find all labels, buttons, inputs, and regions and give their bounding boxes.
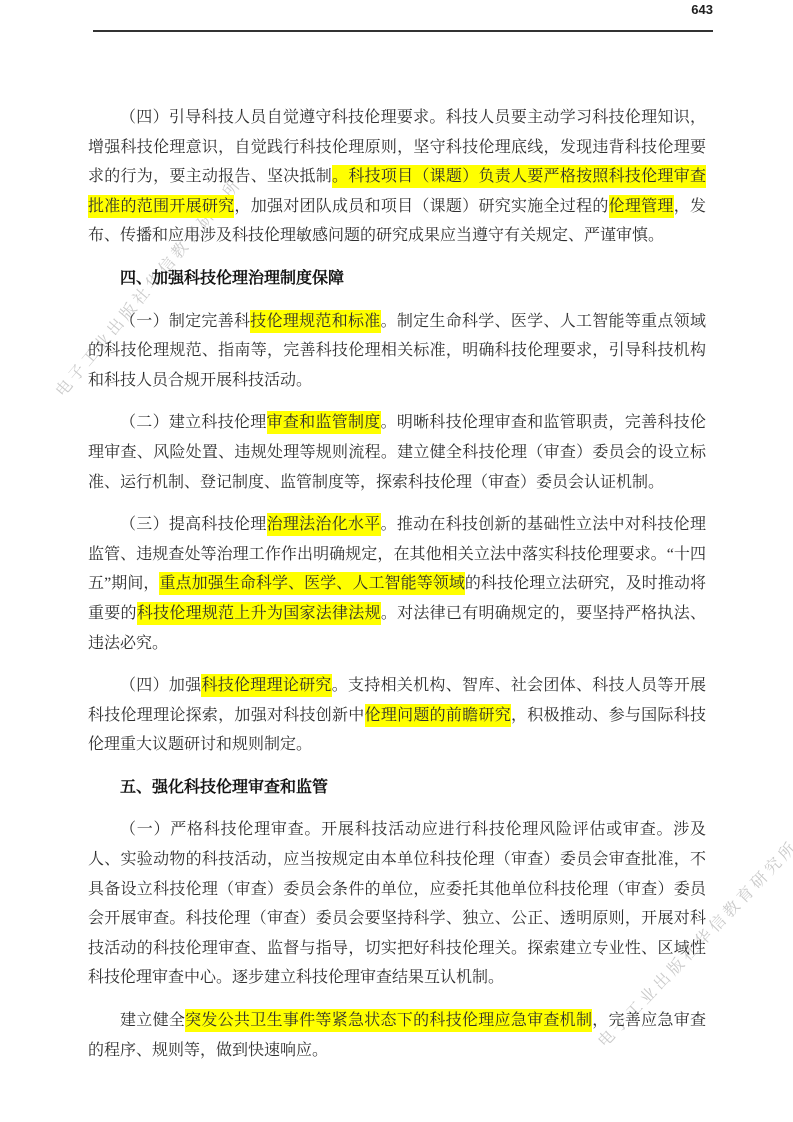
body-paragraph: （一）严格科技伦理审查。开展科技活动应进行科技伦理风险评估或审查。涉及人、实验动… — [88, 815, 706, 993]
document-page: 643 电子工业出版社华信教育研究所 电子工业出版社华信教育研究所 （四）引导科… — [0, 0, 793, 1122]
body-paragraph: （三）提高科技伦理治理法治化水平。推动在科技创新的基础性立法中对科技伦理监管、违… — [88, 510, 706, 658]
highlighted-text: 审查和监管制度 — [267, 411, 381, 434]
text-segment: 五、强化科技伦理审查和监管 — [120, 779, 328, 796]
highlighted-text: 重点加强生命科学、医学、人工智能等领域 — [159, 572, 464, 595]
section-heading: 四、加强科技伦理治理制度保障 — [88, 264, 706, 294]
highlighted-text: 科技伦理规范上升为国家法律法规 — [137, 602, 381, 625]
document-body: （四）引导科技人员自觉遵守科技伦理要求。科技人员要主动学习科技伦理知识，增强科技… — [88, 90, 706, 1078]
text-segment: 建立健全 — [120, 1012, 185, 1029]
highlighted-text: 技伦理规范和标准 — [250, 310, 380, 333]
page-number: 643 — [691, 2, 713, 17]
text-segment: （三）提高科技伦理 — [120, 516, 267, 533]
text-segment: （四）加强 — [120, 677, 201, 694]
highlighted-text: 伦理管理 — [609, 195, 674, 218]
body-paragraph: （一）制定完善科技伦理规范和标准。制定生命科学、医学、人工智能等重点领域的科技伦… — [88, 307, 706, 396]
text-segment: 四、加强科技伦理治理制度保障 — [120, 270, 344, 287]
highlighted-text: 伦理问题的前瞻研究 — [365, 704, 511, 727]
highlighted-text: 突发公共卫生事件等紧急状态下的科技伦理应急审查机制 — [185, 1009, 592, 1032]
highlighted-text: 治理法治化水平 — [267, 513, 381, 536]
text-segment: （一）制定完善科 — [120, 313, 250, 330]
body-paragraph: 建立健全突发公共卫生事件等紧急状态下的科技伦理应急审查机制，完善应急审查的程序、… — [88, 1006, 706, 1065]
highlighted-text: 科技伦理理论研究 — [201, 674, 331, 697]
header-rule — [93, 30, 713, 32]
text-segment: （二）建立科技伦理 — [120, 414, 267, 431]
section-heading: 五、强化科技伦理审查和监管 — [88, 773, 706, 803]
body-paragraph: （二）建立科技伦理审查和监管制度。明晰科技伦理审查和监管职责，完善科技伦理审查、… — [88, 408, 706, 497]
text-segment: （一）严格科技伦理审查。开展科技活动应进行科技伦理风险评估或审查。涉及人、实验动… — [88, 821, 706, 986]
text-segment: ，加强对团队成员和项目（课题）研究实施全过程的 — [234, 198, 608, 215]
body-paragraph: （四）加强科技伦理理论研究。支持相关机构、智库、社会团体、科技人员等开展科技伦理… — [88, 671, 706, 760]
body-paragraph: （四）引导科技人员自觉遵守科技伦理要求。科技人员要主动学习科技伦理知识，增强科技… — [88, 103, 706, 251]
